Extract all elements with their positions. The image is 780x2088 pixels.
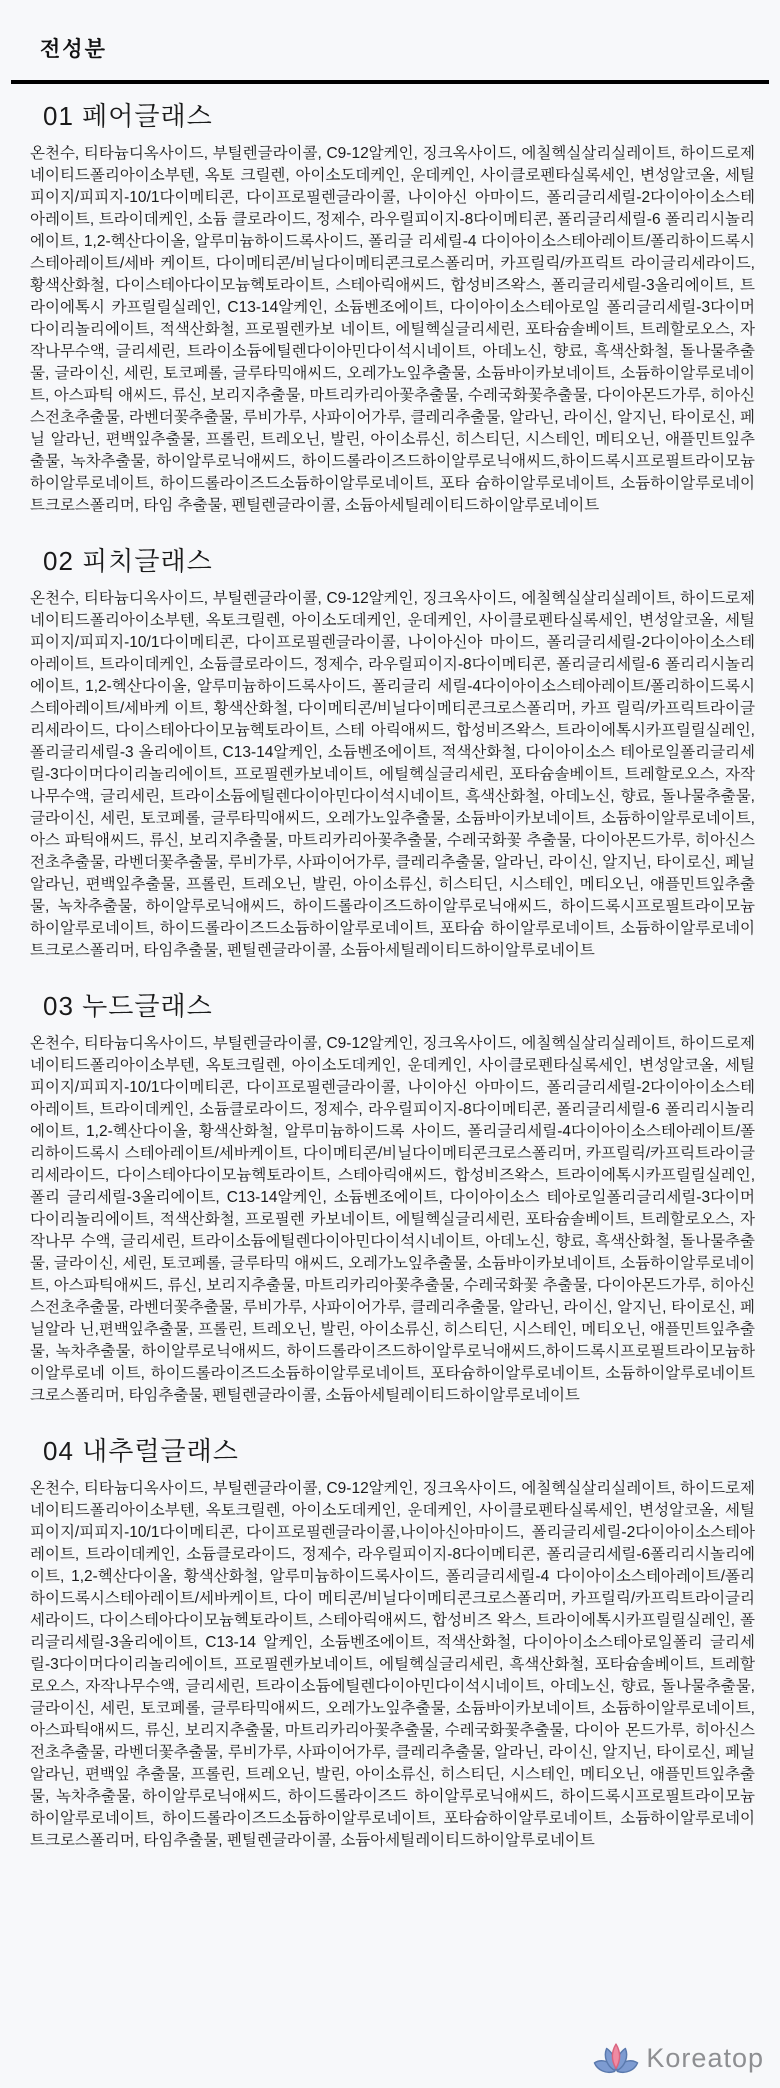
- ingredients-text-pair-glass: 온천수, 티타늄디옥사이드, 부틸렌글라이콜, C9-12알케인, 징크옥사이드…: [30, 143, 755, 517]
- lotus-icon: [593, 2041, 639, 2076]
- section-heading-natural-glass: 04 내추럴글래스: [43, 1431, 755, 1468]
- brand-name: Koreatop: [646, 2043, 764, 2074]
- ingredients-text-nude-glass: 온천수, 티타늄디옥사이드, 부틸렌글라이콜, C9-12알케인, 징크옥사이드…: [30, 1033, 755, 1407]
- ingredients-page: 전성분 01 페어글래스 온천수, 티타늄디옥사이드, 부틸렌글라이콜, C9-…: [0, 0, 780, 2088]
- section-heading-nude-glass: 03 누드글래스: [43, 986, 755, 1023]
- brand-logo: Koreatop: [593, 2041, 764, 2076]
- section-heading-peach-glass: 02 피치글래스: [43, 541, 755, 578]
- section-nude-glass: 03 누드글래스 온천수, 티타늄디옥사이드, 부틸렌글라이콜, C9-12알케…: [0, 986, 780, 1407]
- title-divider: [11, 80, 769, 84]
- section-peach-glass: 02 피치글래스 온천수, 티타늄디옥사이드, 부틸렌글라이콜, C9-12알케…: [0, 541, 780, 962]
- page-title: 전성분: [0, 0, 780, 80]
- section-natural-glass: 04 내추럴글래스 온천수, 티타늄디옥사이드, 부틸렌글라이콜, C9-12알…: [0, 1431, 780, 1852]
- section-heading-pair-glass: 01 페어글래스: [43, 96, 755, 133]
- section-pair-glass: 01 페어글래스 온천수, 티타늄디옥사이드, 부틸렌글라이콜, C9-12알케…: [0, 96, 780, 517]
- ingredients-text-peach-glass: 온천수, 티타늄디옥사이드, 부틸렌글라이콜, C9-12알케인, 징크옥사이드…: [30, 588, 755, 962]
- ingredients-text-natural-glass: 온천수, 티타늄디옥사이드, 부틸렌글라이콜, C9-12알케인, 징크옥사이드…: [30, 1478, 755, 1852]
